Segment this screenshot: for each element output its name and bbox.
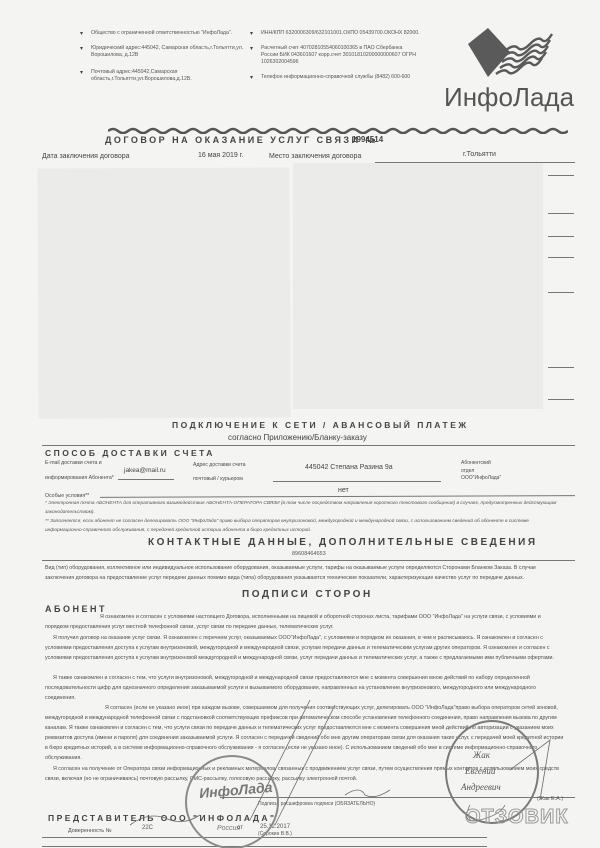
postal-address: Почтовый адрес:445042,Самарская область,… <box>91 69 250 83</box>
bullet-icon: ▾ <box>250 45 253 66</box>
delivery-title: СПОСОБ ДОСТАВКИ СЧЕТА <box>45 448 215 458</box>
header-item: ▾ Юридический адрес:445042, Самарская об… <box>80 45 250 59</box>
contract-number: 1994514 <box>352 135 383 144</box>
bullet-icon: ▾ <box>250 30 253 37</box>
consent-paragraph: Я получил договор на оказание услуг связ… <box>45 633 565 663</box>
otzovik-watermark: ОТЗОВИК <box>465 806 569 829</box>
equipment-note: Вид (тип) оборудования, коллективное или… <box>45 563 565 583</box>
date-label: Дата заключения договора <box>42 153 130 160</box>
connection-title: ПОДКЛЮЧЕНИЕ К СЕТИ / АВАНСОВЫЙ ПЛАТЕЖ <box>172 420 469 430</box>
header-item: ▾ Общество с ограниченной ответственност… <box>80 30 250 37</box>
signatures-title: ПОДПИСИ СТОРОН <box>242 589 373 600</box>
contact-phone: 89608464653 <box>292 551 326 557</box>
contacts-title: КОНТАКТНЫЕ ДАННЫЕ, ДОПОЛНИТЕЛЬНЫЕ СВЕДЕН… <box>148 537 538 548</box>
bullet-icon: ▾ <box>80 69 83 83</box>
connection-subtitle: согласно Приложению/Бланку-заказу <box>228 433 367 442</box>
bullet-icon: ▾ <box>80 30 83 37</box>
redacted-area-left <box>37 167 290 418</box>
address-label: Адрес доставки счета <box>193 461 246 469</box>
email-value: jakea@mail.ru <box>124 467 166 474</box>
address-label-2: почтовый / курьером <box>193 475 243 483</box>
company-name: Общество с ограниченной ответственностью… <box>91 30 232 37</box>
email-label: E-mail доставки счета и <box>45 459 102 467</box>
header-item: ▾ ИНН/КПП 6320006309/632101001.ОКПО 0543… <box>250 30 420 37</box>
footnote-special: ** Заполняется, если абонент не согласен… <box>45 517 565 535</box>
dept-label: Абонентский <box>461 459 491 467</box>
company-info-right: ▾ ИНН/КПП 6320006309/632101001.ОКПО 0543… <box>250 30 420 81</box>
header-divider <box>108 126 568 134</box>
bullet-icon: ▾ <box>250 74 253 81</box>
logo-wordmark: ИнфоЛада <box>444 82 574 113</box>
special-conditions-value: нет <box>338 487 349 494</box>
contract-title: ДОГОВОР НА ОКАЗАНИЕ УСЛУГ СВЯЗИ № <box>105 135 378 145</box>
contract-place: г.Тольятти <box>463 151 496 158</box>
tax-ids: ИНН/КПП 6320006309/632101001.ОКПО 054397… <box>261 30 420 37</box>
bank-details: Расчетный счет 40702810554060100365 в ПА… <box>261 45 420 66</box>
company-info-left: ▾ Общество с ограниченной ответственност… <box>80 30 250 83</box>
consent-paragraph: Я ознакомлен и согласен с условиями наст… <box>45 612 565 632</box>
delivery-address: 445042 Степана Разина 9а <box>305 464 393 471</box>
email-label-2: информирования Абонента* <box>45 474 114 482</box>
logo-mark-icon <box>448 22 578 84</box>
header-item: ▾ Телефон информационно-справочной служб… <box>250 74 420 81</box>
header-item: ▾ Почтовый адрес:445042,Самарская област… <box>80 69 250 83</box>
contract-date: 16 мая 2019 г. <box>198 152 243 159</box>
bullet-icon: ▾ <box>80 45 83 59</box>
footnote-email: * Электронная почта АБОНЕНТА для операти… <box>45 499 565 517</box>
infolada-logo: ИнфоЛада <box>448 22 578 112</box>
dept-label-3: ООО"ИнфоЛада" <box>461 474 501 482</box>
header-item: ▾ Расчетный счет 40702810554060100365 в … <box>250 45 420 66</box>
place-label: Место заключения договора <box>269 153 361 160</box>
legal-address: Юридический адрес:445042, Самарская обла… <box>91 45 250 59</box>
redacted-area-right <box>293 163 543 409</box>
helpdesk-phone: Телефон информационно-справочной службы … <box>261 74 410 81</box>
